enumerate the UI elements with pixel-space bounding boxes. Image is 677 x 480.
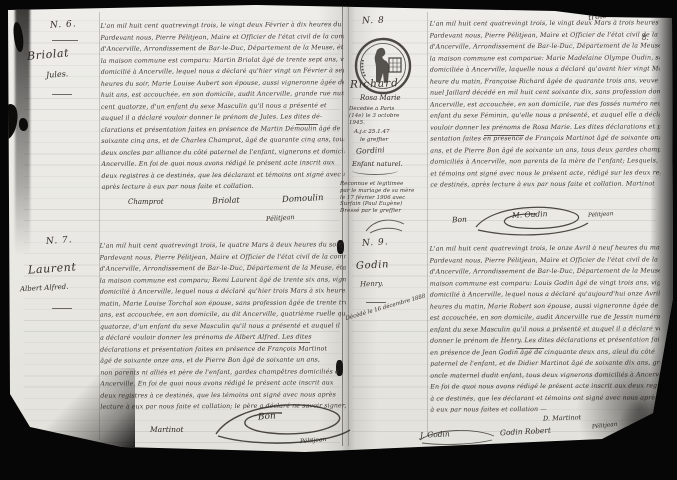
record9-margin-number: N. 9. xyxy=(362,237,389,248)
ink-blot xyxy=(12,22,24,53)
handwritten-line: est accouchée, en son domicile, audit An… xyxy=(430,311,660,324)
handwritten-line: d'Ancerville, Arrondissement de Bar-le-D… xyxy=(101,42,344,55)
record9-death-note: Décédé le 16 décembre 1888 xyxy=(345,293,427,323)
signature-champrot: Champrot xyxy=(128,198,164,206)
stamp-shield xyxy=(389,58,401,72)
right-page-margin-rule xyxy=(427,12,428,436)
handwritten-line: huit ans, est accouchée, en son domicile… xyxy=(101,88,344,101)
signature-flourish-oudin xyxy=(470,203,595,237)
record8-margin-number: N. 8 xyxy=(362,16,385,27)
record8-clerk-signature: Gordini xyxy=(356,145,385,155)
handwritten-line: deux registres à ce destinés, que les dé… xyxy=(101,169,344,182)
signature-briolat: Briolat xyxy=(212,196,240,206)
handwritten-line: L'an mil huit cent quatrevingt trois, le… xyxy=(100,19,343,32)
signature-bon: Bon xyxy=(452,215,467,225)
name-underline-albert-alfred xyxy=(255,342,310,343)
record6-margin-name: Briolat xyxy=(27,46,70,63)
signature-flourish-godin xyxy=(416,428,498,446)
margin-dash xyxy=(52,94,72,95)
record8-body-text: L'an mil huit cent quatrevingt trois, le… xyxy=(430,17,661,191)
status-note-underline xyxy=(352,166,398,175)
record7-margin-firstname: Albert Alfred. xyxy=(20,283,69,294)
handwritten-line: domicilié à Ancerville, lequel nous a dé… xyxy=(430,288,660,301)
ink-blot xyxy=(0,102,21,141)
handwritten-line: L'an mil huit cent quatrevingt trois, le… xyxy=(430,17,660,30)
handwritten-line: par le mariage de sa mère xyxy=(340,188,426,195)
handwritten-line: domicilié à Ancerville, lequel nous a dé… xyxy=(101,65,344,78)
signature-godin-robert: Godin Robert xyxy=(500,426,551,438)
handwritten-line: d'Ancerville, Arrondissement de Bar-le-D… xyxy=(430,265,660,278)
signature-pelitjean: Pélitjean xyxy=(592,422,618,431)
signature-flourish-margin xyxy=(362,216,408,236)
record7-margin-number: N. 7. xyxy=(46,235,73,247)
handwritten-line: L'an mil huit cent quatrevingt trois, le… xyxy=(430,242,660,255)
signature-bon: Bon xyxy=(258,411,276,422)
signature-flourish-bon xyxy=(208,400,358,446)
record6-margin-number: N. 6. xyxy=(50,19,77,30)
handwritten-line: à ce destinés, que les déclarant et témo… xyxy=(430,392,660,405)
handwritten-line: d'Ancerville, Arrondissement de Bar-le-D… xyxy=(100,262,346,275)
handwritten-line: domiciliés à Ancerville, non parents de … xyxy=(430,155,660,168)
open-register-book: N. 6. Briolat Jules. L'an mil huit cent … xyxy=(0,0,677,480)
record7-body-text: L'an mil huit cent quatrevingt trois, le… xyxy=(100,239,347,413)
record8-death-note: Décédée à Paris(14e) le 3 octobre1945. xyxy=(349,106,425,126)
record9-margin-name: Godin xyxy=(356,259,390,272)
scanned-register-photo: N. 6. Briolat Jules. L'an mil huit cent … xyxy=(0,0,677,480)
record9-margin-firstname: Henry. xyxy=(360,280,384,289)
handwritten-line: d'Ancerville, Arrondissement de Bar-le-D… xyxy=(430,40,660,53)
signature-d-martinot: D. Martinot xyxy=(543,413,581,422)
record8-ref-note: A.j.c 25.1.47 xyxy=(354,129,390,136)
handwritten-line: En foi de quoi nous avons rédigé le prés… xyxy=(430,380,660,393)
handwritten-line: nuel Jaillard décédé en mil huit cent so… xyxy=(430,86,660,99)
name-underline-rosa-marie xyxy=(484,135,524,136)
record8-legitimation-note: Reconnue et légitiméepar le mariage de s… xyxy=(340,181,426,215)
signature-pelitjean: Pélitjean xyxy=(266,213,295,223)
handwritten-line: ce destinés, après lecture à eux par nou… xyxy=(430,178,660,191)
record8-margin-firstname: Rosa Marie xyxy=(360,94,401,102)
record6-body-text: L'an mil huit cent quatrevingt trois, le… xyxy=(100,19,344,193)
handwritten-line: Décédée à Paris xyxy=(349,106,425,113)
handwritten-line: après lecture à eux par nous faite et co… xyxy=(102,180,345,193)
handwritten-line: Ancerville. En foi de quoi nous avons ré… xyxy=(101,157,344,170)
handwritten-line: (14e) le 3 octobre xyxy=(349,113,425,120)
torn-page-edge xyxy=(15,0,30,255)
margin-dash xyxy=(52,308,72,309)
handwritten-line: âgé de soixante onze ans, et de Pierre B… xyxy=(100,354,346,367)
handwritten-line: ans, est accouchée, en son domicile, au … xyxy=(100,308,346,321)
handwritten-line: sentation faites en présence de François… xyxy=(430,132,660,145)
signature-pelitjean: Pélitjean xyxy=(588,211,614,219)
signature-oudin: M. Oudin xyxy=(512,209,548,220)
record8-clerk-note: le greffier xyxy=(360,137,388,144)
name-underline-henry xyxy=(516,348,544,349)
signature-martinot: Martinot xyxy=(150,425,184,434)
handwritten-line: soixante cinq ans, et de Charles Champro… xyxy=(101,134,344,147)
handwritten-line: auquel il a déclaré vouloir donner le pr… xyxy=(101,111,344,124)
signature-domoulin: Domoulin xyxy=(282,193,324,205)
handwritten-line: 1945. xyxy=(349,120,425,127)
record8-margin-name: Richard xyxy=(350,77,399,91)
ink-blot xyxy=(19,118,28,131)
handwritten-line: enfant du sexe Féminin, qu'elle nous a p… xyxy=(430,109,660,122)
handwritten-line: domicilié à Ancerville, lequel nous a dé… xyxy=(100,285,346,298)
handwritten-line: Reconnue et légitimée xyxy=(340,181,426,188)
handwritten-line: domiciliée à Ancerville, laquelle nous a… xyxy=(430,63,660,76)
record7-margin-name: Laurent xyxy=(28,260,77,276)
name-underline-jules xyxy=(296,124,318,125)
handwritten-line: L'an mil huit cent quatrevingt trois, le… xyxy=(100,239,346,252)
margin-dash xyxy=(52,40,78,41)
handwritten-line: donner le prénom de Henry. Les dites déc… xyxy=(430,334,660,347)
record9-body-text: L'an mil huit cent quatrevingt trois, le… xyxy=(430,242,661,416)
handwritten-line: Dressé par le greffier xyxy=(340,208,426,215)
margin-dash xyxy=(366,302,386,303)
handwritten-line: paternel de l'enfant, et de Didier Marti… xyxy=(430,357,660,370)
record6-margin-firstname: Jules. xyxy=(46,69,69,80)
page-number: 8. xyxy=(642,34,649,42)
handwritten-line: Ancerville. En foi de quoi nous avons ré… xyxy=(100,377,346,390)
